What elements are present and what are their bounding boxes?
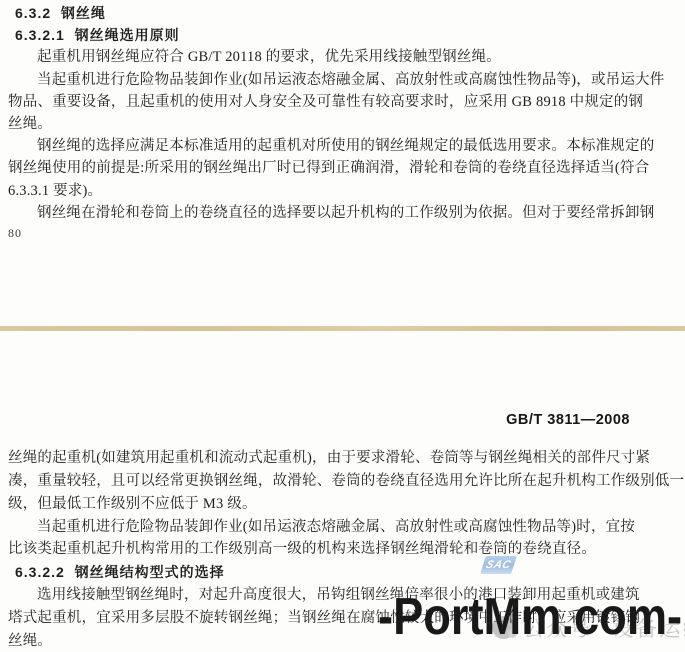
text-line: 凑，重量较轻，且可以经常更换钢丝绳，故滑轮、卷筒的卷绕直径选用允许比所在起升机构… bbox=[8, 470, 657, 493]
document-stage: 6.3.2 钢丝绳6.3.2.1 钢丝绳选用原则起重机用钢丝绳应符合 GB/T … bbox=[0, 0, 685, 652]
text-line: 钢丝绳使用的前提是:所采用的钢丝绳出厂时已得到正确润滑，滑轮和卷筒的卷绕直径选择… bbox=[8, 157, 657, 179]
text-line: 6.3.2 钢丝绳 bbox=[8, 2, 657, 24]
text-line: 当起重机进行危险物品装卸作业(如吊运液态熔融金属、高放射性或高腐蚀性物品等)时，… bbox=[8, 516, 657, 539]
page-1-text: 6.3.2 钢丝绳6.3.2.1 钢丝绳选用原则起重机用钢丝绳应符合 GB/T … bbox=[8, 2, 657, 224]
text-line: 钢丝绳在滑轮和卷筒上的卷绕直径的选择要以起升机构的工作级别为依据。但对于要经常拆… bbox=[8, 202, 657, 224]
text-line: 比该类起重机起升机构常用的工作级别高一级的机构来选择钢丝绳滑轮和卷筒的卷绕直径。 bbox=[8, 538, 657, 561]
text-line: 起重机用钢丝绳应符合 GB/T 20118 的要求，优先采用线接触型钢丝绳。 bbox=[8, 46, 657, 68]
page-break-divider bbox=[0, 326, 685, 331]
text-line: 6.3.2.2 钢丝绳结构型式的选择 bbox=[8, 561, 657, 584]
text-line: 级，但最低工作级别不应低于 M3 级。 bbox=[8, 493, 657, 516]
text-line: 丝绳的起重机(如建筑用起重机和流动式起重机)，由于要求滑轮、卷筒等与钢丝绳相关的… bbox=[8, 447, 657, 470]
text-line: 丝绳。 bbox=[8, 113, 657, 135]
text-line: 钢丝绳的选择应满足本标准适用的起重机对所使用的钢丝绳规定的最低选用要求。本标准规… bbox=[8, 135, 657, 157]
site-watermark: -PortMm.com- bbox=[378, 591, 682, 643]
standard-number-header: GB/T 3811—2008 bbox=[506, 412, 630, 428]
text-line: 当起重机进行危险物品装卸作业(如吊运液态熔融金属、高放射性或高腐蚀性物品等)，或… bbox=[8, 69, 657, 91]
text-line: 物品、重要设备，且起重机的使用对人身安全及可靠性有较高要求时，应采用 GB 89… bbox=[8, 91, 657, 113]
text-line: 6.3.3.1 要求)。 bbox=[8, 180, 657, 202]
page-number: 80 bbox=[8, 226, 22, 241]
text-line: 6.3.2.1 钢丝绳选用原则 bbox=[8, 24, 657, 46]
